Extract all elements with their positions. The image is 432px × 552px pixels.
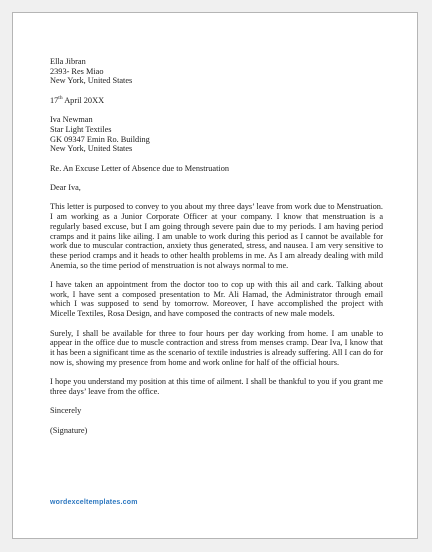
body-paragraph-3: Surely, I shall be available for three t… (50, 329, 383, 368)
body-paragraph-4: I hope you understand my position at thi… (50, 377, 383, 396)
salutation: Dear Iva, (50, 183, 383, 193)
closing: Sincerely (50, 406, 383, 416)
sender-city: New York, United States (50, 76, 383, 86)
date-line: 17th April 20XX (50, 96, 383, 106)
sender-address-block: Ella Jibran 2393- Res Miao New York, Uni… (50, 57, 383, 86)
recipient-company: Star Light Textiles (50, 125, 383, 135)
page-footer: wordexceltemplates.com (50, 499, 138, 506)
subject-line: Re. An Excuse Letter of Absence due to M… (50, 164, 383, 174)
recipient-street: GK 09347 Emin Ro. Building (50, 135, 383, 145)
signature-placeholder: (Signature) (50, 426, 383, 436)
body-paragraph-1: This letter is purposed to convey to you… (50, 202, 383, 270)
date-rest: April 20XX (63, 96, 104, 105)
sender-street: 2393- Res Miao (50, 67, 383, 77)
sender-name: Ella Jibran (50, 57, 383, 67)
recipient-address-block: Iva Newman Star Light Textiles GK 09347 … (50, 115, 383, 154)
document-page: Ella Jibran 2393- Res Miao New York, Uni… (12, 12, 418, 539)
footer-website-link[interactable]: wordexceltemplates.com (50, 499, 138, 506)
letter-body: Ella Jibran 2393- Res Miao New York, Uni… (50, 57, 383, 445)
recipient-city: New York, United States (50, 144, 383, 154)
recipient-name: Iva Newman (50, 115, 383, 125)
body-paragraph-2: I have taken an appointment from the doc… (50, 280, 383, 319)
